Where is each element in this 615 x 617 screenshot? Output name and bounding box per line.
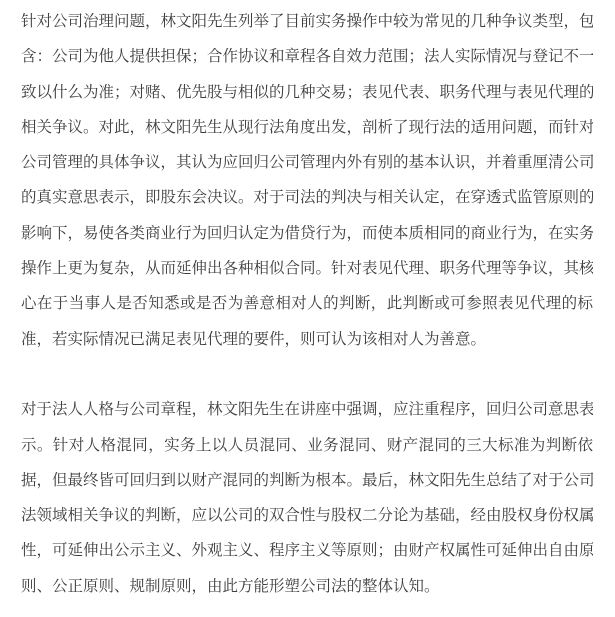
text-line: 针对公司治理问题，林文阳先生列举了目前实务操作中较为常见的几种争议类型，包 — [21, 4, 593, 39]
text-line: 影响下，易使各类商业行为回归认定为借贷行为，而使本质相同的商业行为，在实务 — [21, 216, 593, 251]
text-line: 致以什么为准；对赌、优先股与相似的几种交易；表见代表、职务代理与表见代理的 — [21, 75, 593, 110]
text-line: 的真实意思表示，即股东会决议。对于司法的判决与相关认定，在穿透式监管原则的 — [21, 180, 593, 215]
text-line: 操作上更为复杂，从而延伸出各种相似合同。针对表见代理、职务代理等争议，其核 — [21, 251, 593, 286]
text-line: 准，若实际情况已满足表见代理的要件，则可认为该相对人为善意。 — [21, 322, 593, 357]
text-line: 相关争议。对此，林文阳先生从现行法角度出发，剖析了现行法的适用问题，而针对 — [21, 110, 593, 145]
text-line: 公司管理的具体争议，其认为应回归公司管理内外有别的基本认识，并着重厘清公司 — [21, 145, 593, 180]
text-line: 则、公正原则、规制原则，由此方能形塑公司法的整体认知。 — [21, 569, 593, 604]
paragraph-legal-personality: 对于法人人格与公司章程，林文阳先生在讲座中强调，应注重程序，回归公司意思表 示。… — [21, 392, 593, 604]
text-line: 心在于当事人是否知悉或是否为善意相对人的判断，此判断或可参照表见代理的标 — [21, 286, 593, 321]
text-line: 法领域相关争议的判断，应以公司的双合性与股权二分论为基础，经由股权身份权属 — [21, 498, 593, 533]
text-line: 对于法人人格与公司章程，林文阳先生在讲座中强调，应注重程序，回归公司意思表 — [21, 392, 593, 427]
document-page: 针对公司治理问题，林文阳先生列举了目前实务操作中较为常见的几种争议类型，包 含：… — [0, 0, 615, 604]
text-line: 据，但最终皆可回归到以财产混同的判断为根本。最后，林文阳先生总结了对于公司 — [21, 463, 593, 498]
text-line: 性，可延伸出公示主义、外观主义、程序主义等原则；由财产权属性可延伸出自由原 — [21, 533, 593, 568]
paragraph-corporate-governance: 针对公司治理问题，林文阳先生列举了目前实务操作中较为常见的几种争议类型，包 含：… — [21, 4, 593, 357]
text-line: 含：公司为他人提供担保；合作协议和章程各自效力范围；法人实际情况与登记不一 — [21, 39, 593, 74]
text-line: 示。针对人格混同，实务上以人员混同、业务混同、财产混同的三大标准为判断依 — [21, 428, 593, 463]
